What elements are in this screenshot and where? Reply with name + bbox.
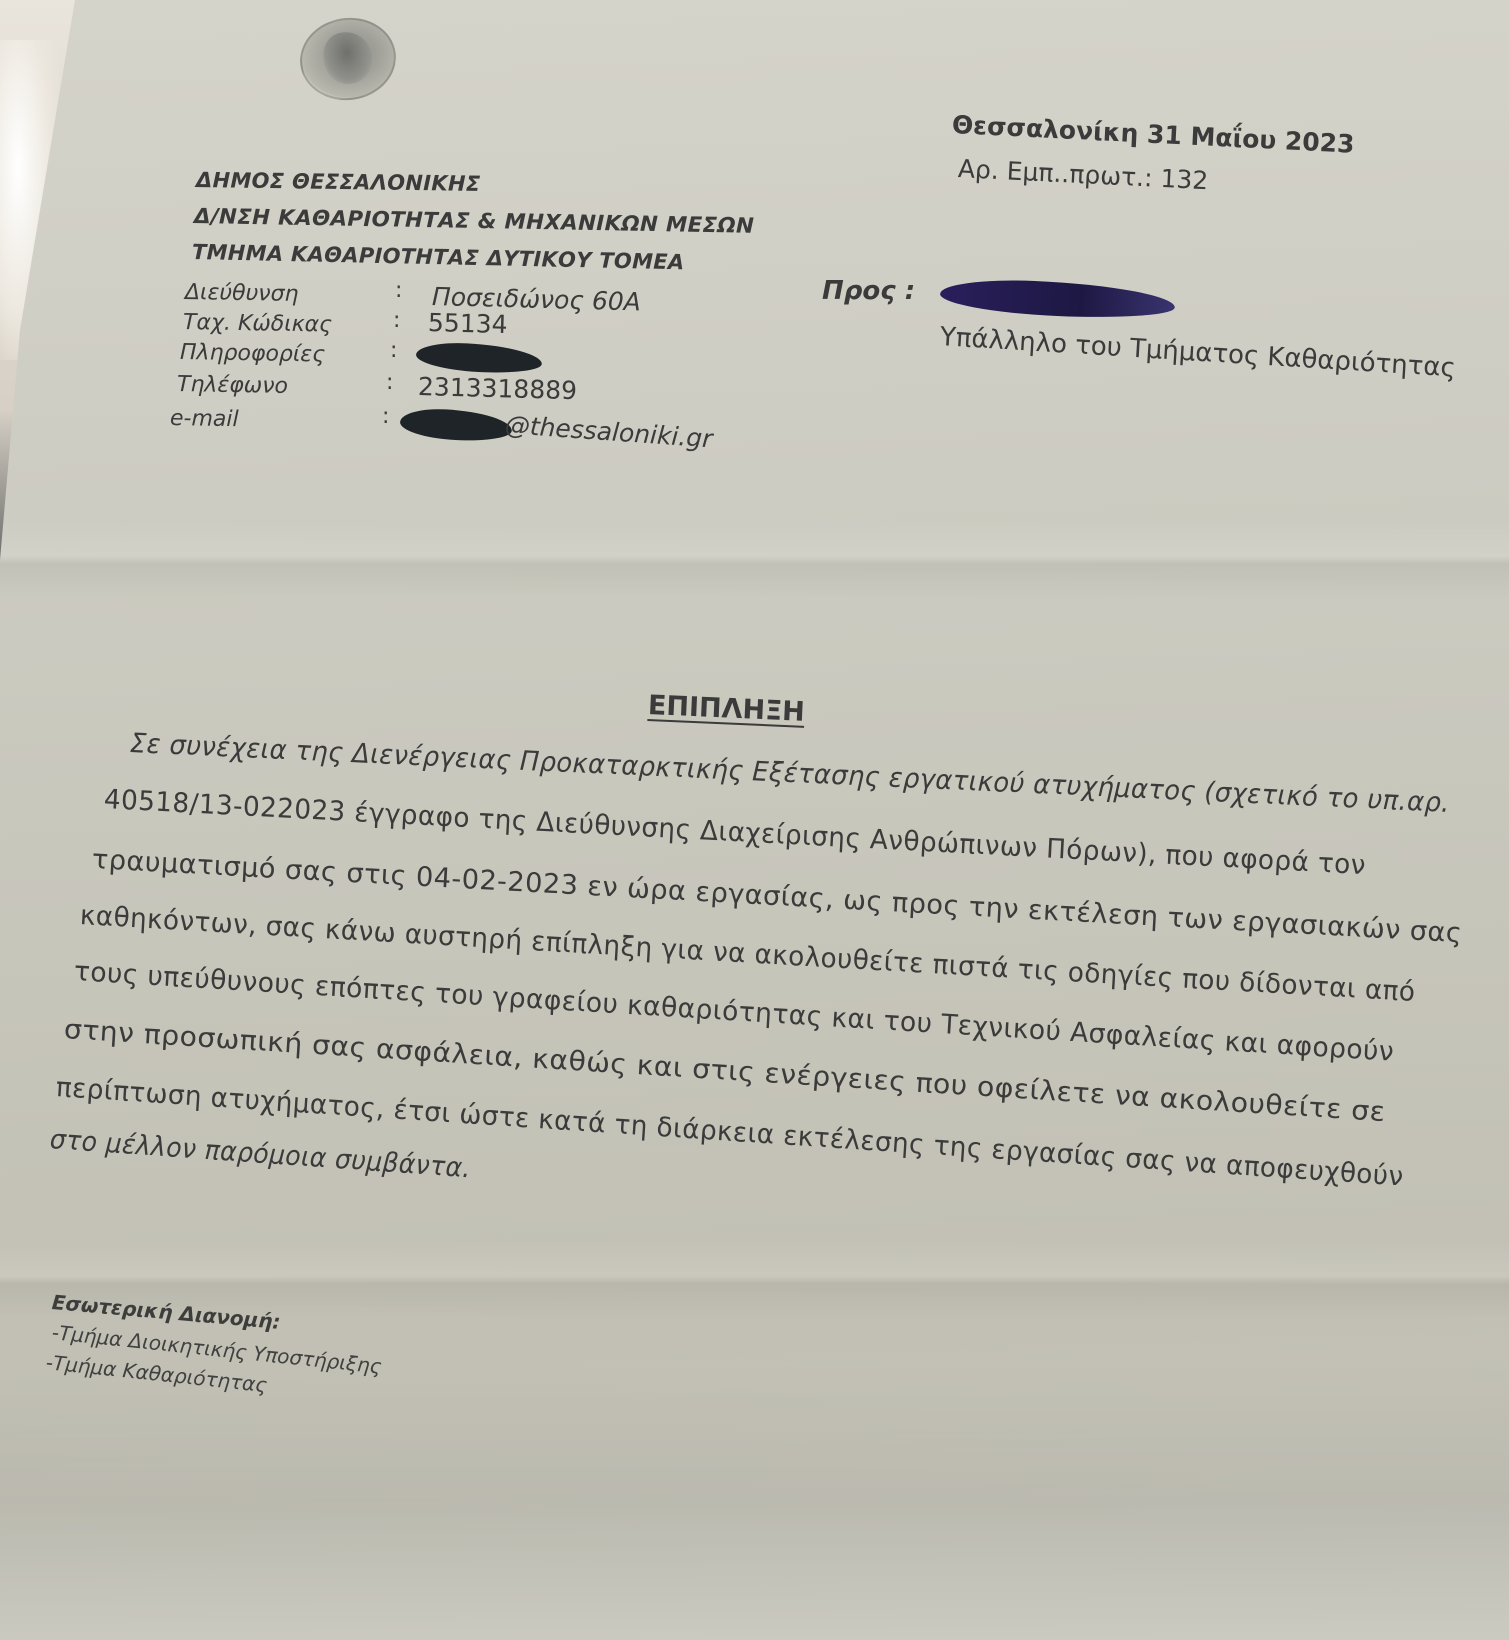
field-value-postal-code: 55134 bbox=[428, 308, 508, 339]
redaction-mark bbox=[415, 341, 542, 376]
field-separator: : bbox=[393, 308, 400, 333]
field-label-phone: Τηλέφωνο bbox=[177, 372, 288, 399]
document-title: ΕΠΙΠΛΗΞΗ bbox=[647, 690, 805, 728]
field-value-phone: 2313318889 bbox=[418, 372, 578, 405]
paper-shadow bbox=[0, 1360, 1509, 1640]
field-label-postal-code: Ταχ. Κώδικας bbox=[183, 310, 333, 338]
field-label-email: e-mail bbox=[170, 406, 239, 432]
field-separator: : bbox=[390, 338, 397, 363]
paper-fold bbox=[0, 520, 1509, 600]
field-label-information: Πληροφορίες bbox=[180, 340, 326, 368]
protocol-number: Αρ. Εμπ..πρωτ.: 132 bbox=[957, 154, 1209, 195]
directorate-name: Δ/ΝΣΗ ΚΑΘΑΡΙΟΤΗΤΑΣ & ΜΗΧΑΝΙΚΩΝ ΜΕΣΩΝ bbox=[194, 204, 755, 238]
place-and-date: Θεσσαλονίκη 31 Μαΐου 2023 bbox=[951, 110, 1355, 159]
redaction-mark bbox=[939, 277, 1175, 321]
field-label-address: Διεύθυνση bbox=[185, 280, 299, 307]
greek-coin-emblem-icon bbox=[295, 12, 401, 107]
field-separator: : bbox=[386, 370, 393, 395]
municipality-name: ΔΗΜΟΣ ΘΕΣΣΑΛΟΝΙΚΗΣ bbox=[196, 168, 481, 196]
body-line: στο μέλλον παρόμοια συμβάντα. bbox=[49, 1124, 472, 1184]
recipient-position: Υπάλληλο του Τμήματος Καθαριότητας bbox=[939, 322, 1457, 383]
recipient-label: Προς : bbox=[822, 276, 915, 306]
letter-paper: ΔΗΜΟΣ ΘΕΣΣΑΛΟΝΙΚΗΣ Δ/ΝΣΗ ΚΑΘΑΡΙΟΤΗΤΑΣ & … bbox=[0, 0, 1509, 1640]
redaction-mark bbox=[399, 407, 512, 443]
field-separator: : bbox=[382, 404, 389, 429]
field-separator: : bbox=[395, 278, 402, 303]
emblem-head bbox=[320, 29, 375, 87]
department-name: ΤΜΗΜΑ ΚΑΘΑΡΙΟΤΗΤΑΣ ΔΥΤΙΚΟΥ ΤΟΜΕΑ bbox=[192, 240, 685, 274]
field-value-email-domain: @thessaloniki.gr bbox=[504, 410, 713, 453]
